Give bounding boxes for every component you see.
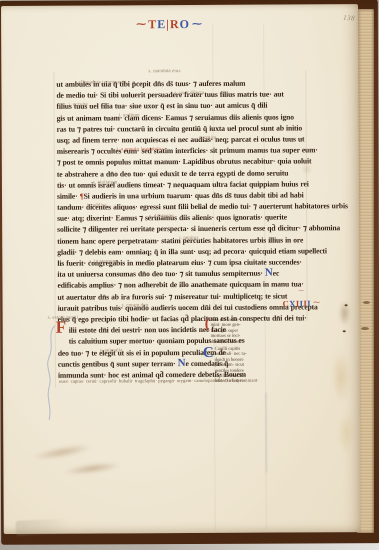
stain bbox=[337, 412, 355, 454]
stain bbox=[331, 349, 351, 404]
interlinear-gloss: al’ suadere temptauerit bbox=[78, 80, 126, 85]
ink-speck bbox=[345, 304, 348, 306]
fore-edge-mark bbox=[361, 327, 369, 330]
text-line: immunda sunt· hoc est animal qd̄ comeder… bbox=[58, 363, 308, 375]
interlinear-gloss: s. in eternum bbox=[89, 259, 116, 264]
flourish-left: ⁓ bbox=[136, 19, 146, 30]
colored-letter: E bbox=[157, 17, 166, 31]
folio-number: 138 bbox=[343, 14, 355, 23]
interlinear-gloss: i. publice bbox=[87, 203, 107, 208]
colored-letter: O bbox=[180, 17, 190, 31]
interlinear-gloss: i. occulte bbox=[69, 103, 88, 108]
stain bbox=[31, 441, 94, 463]
chapter-marker: CXIIII ⁓ bbox=[283, 293, 321, 311]
stain bbox=[63, 460, 122, 477]
interlinear-gloss: s. animalia bbox=[100, 349, 123, 354]
interlinear-gloss: s. mandata eius bbox=[148, 69, 180, 74]
initial-flourish bbox=[43, 324, 60, 424]
photo-canvas: ⁓ TE|RO ⁓ 138 ut ambules in uia q̄ tibi … bbox=[0, 0, 379, 550]
interlinear-gloss: s. diligenter bbox=[149, 214, 174, 219]
interlinear-gloss: i. penitus bbox=[179, 236, 198, 241]
stain bbox=[302, 164, 312, 174]
blind-stamp bbox=[15, 519, 70, 536]
manuscript-page: ⁓ TE|RO ⁓ 138 ut ambules in uia q̄ tibi … bbox=[1, 4, 361, 534]
chapter-squiggle: ⁓ bbox=[298, 287, 304, 294]
fold-line-blue bbox=[265, 393, 267, 473]
fore-edge-mark bbox=[363, 301, 370, 304]
interlinear-gloss: s. uxor dilecta bbox=[174, 91, 204, 96]
margin-gloss-line: dunt ⁊ decaluant· bbox=[211, 338, 271, 344]
interlinear-gloss: i. undique bbox=[119, 114, 140, 119]
flourish-right: ⁓ bbox=[192, 18, 202, 29]
gloss-bracket: ( bbox=[205, 317, 210, 344]
gloss-lines: Non uos incide-mini· more gen-tium que s… bbox=[211, 317, 271, 344]
interlinear-gloss: i. a populo lapidabitur bbox=[117, 147, 163, 152]
colored-letter: T bbox=[148, 17, 157, 31]
interlinear-gloss: s. statim bbox=[199, 135, 217, 140]
interlinear-gloss: s. ciuitatum bbox=[93, 181, 118, 186]
ink-speck bbox=[343, 330, 346, 332]
colored-letter: R bbox=[170, 17, 180, 31]
chapter-letters: CXIIII bbox=[283, 293, 312, 311]
margin-gloss-block: ( Non uos incide-mini· more gen-tium que… bbox=[205, 317, 271, 344]
final-gloss-line: oues· capras· ceruū· capreolū· bubalū· t… bbox=[59, 378, 259, 385]
interlinear-gloss: s. coram deo bbox=[122, 304, 149, 309]
colored-letter: I bbox=[307, 298, 311, 308]
running-title-letters: TE|RO bbox=[148, 15, 190, 33]
running-title: ⁓ TE|RO ⁓ bbox=[119, 15, 219, 34]
chapter-flourish: ⁓ bbox=[313, 298, 320, 306]
